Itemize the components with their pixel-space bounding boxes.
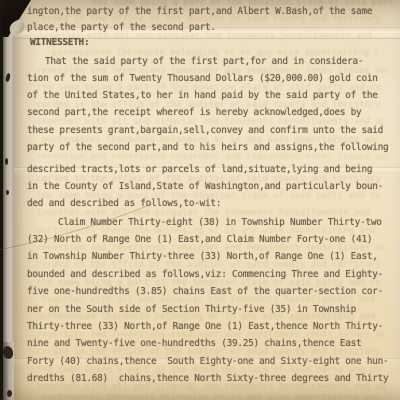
document-line: party of the second part,and to his heir… [27,142,388,154]
document-line: of the United States,to her in hand paid… [27,90,378,102]
document-line: tion of the sum of Twenty Thousand Dolla… [27,73,378,85]
document-line: these presents grant,bargain,sell,convey… [27,125,383,137]
document-line: place,the party of the second part. [27,22,216,34]
typed-text-layer: ington,the party of the first part,and A… [0,0,400,400]
document-line: That the said party of the first part,fo… [45,56,363,68]
document-line: Thirty-three (33) North,of Range One (1)… [27,321,383,333]
scanned-document-page: the same being a part of the donation cl… [0,0,400,400]
document-line: described tracts,lots or parcels of land… [27,164,372,176]
document-line: second part,the receipt whereof is hereb… [27,107,361,119]
document-line: five one-hundredths (3.85) chains East o… [27,286,383,298]
document-line: nine and Twenty-five one-hundredths (39.… [27,338,361,350]
document-line: Claim Number Thirty-eight (38) in Townsh… [58,217,382,229]
document-line: ington,the party of the first part,and A… [27,6,372,18]
document-line: in Township Number Thirty-three (33) Nor… [27,251,378,263]
document-line: Forty (40) chains,thence South Eighty-on… [27,356,388,368]
document-line: ner on the South side of Section Thirty-… [27,304,356,316]
document-line: (32) North of Range One (1) East,and Cla… [27,234,372,246]
witnesseth-heading: WITNESSETH: [30,37,89,49]
document-line: in the County of Island,State of Washing… [27,181,383,193]
document-line: ded and described as follows,to-wit: [27,198,221,210]
document-line: bounded and described as follows,viz: Co… [27,269,383,281]
document-line: dredths (81.68) chains,thence North Sixt… [27,373,388,385]
